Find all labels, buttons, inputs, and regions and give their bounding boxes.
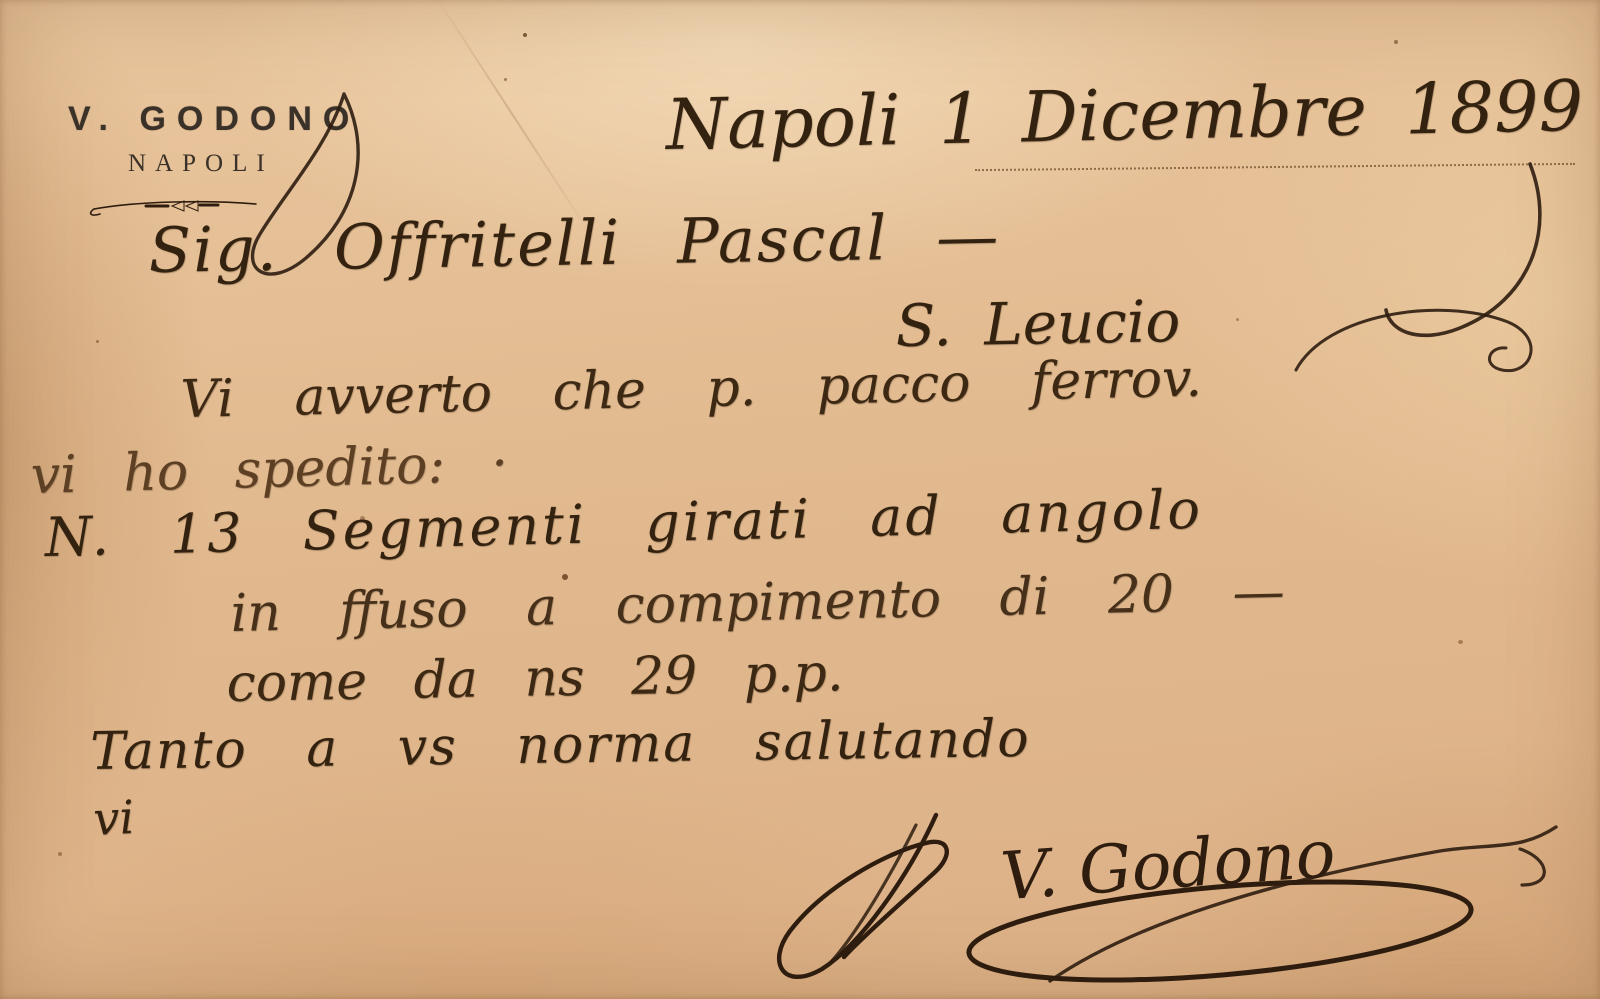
locality-flourish-icon — [1290, 296, 1550, 406]
postcard: V. GODONO NAPOLI Napoli 1 Dicembre 1899 … — [0, 0, 1600, 999]
body-line-5: come da ns 29 p.p. — [226, 643, 844, 714]
closing-continuation: vi — [92, 790, 135, 846]
body-line-4: in ffuso a compimento di 20 — — [230, 562, 1285, 644]
recipient-dash: — — [936, 199, 999, 273]
date-line: Napoli 1 Dicembre 1899 — [665, 65, 1584, 166]
paper-speck — [504, 78, 507, 81]
paper-speck — [1458, 640, 1463, 644]
paper-speck — [96, 340, 99, 343]
recipient-line: Sig. Offritelli Pascal— — [148, 199, 999, 287]
closing-line: Tanto a vs norma salutando — [90, 709, 1031, 782]
body-line-2: vi ho spedito: · — [30, 434, 509, 506]
recipient-name: Sig. Offritelli Pascal — [148, 201, 889, 287]
signature-text: V. Godono — [998, 815, 1337, 915]
paper-crease — [428, 0, 593, 238]
paper-speck — [523, 33, 527, 37]
body-line-1: Vi avverto che p. pacco ferrov. — [180, 349, 1202, 430]
paper-speck — [1236, 318, 1239, 321]
paper-speck — [58, 852, 62, 856]
signature: V. Godono — [750, 785, 1580, 995]
paper-speck — [1394, 40, 1398, 44]
